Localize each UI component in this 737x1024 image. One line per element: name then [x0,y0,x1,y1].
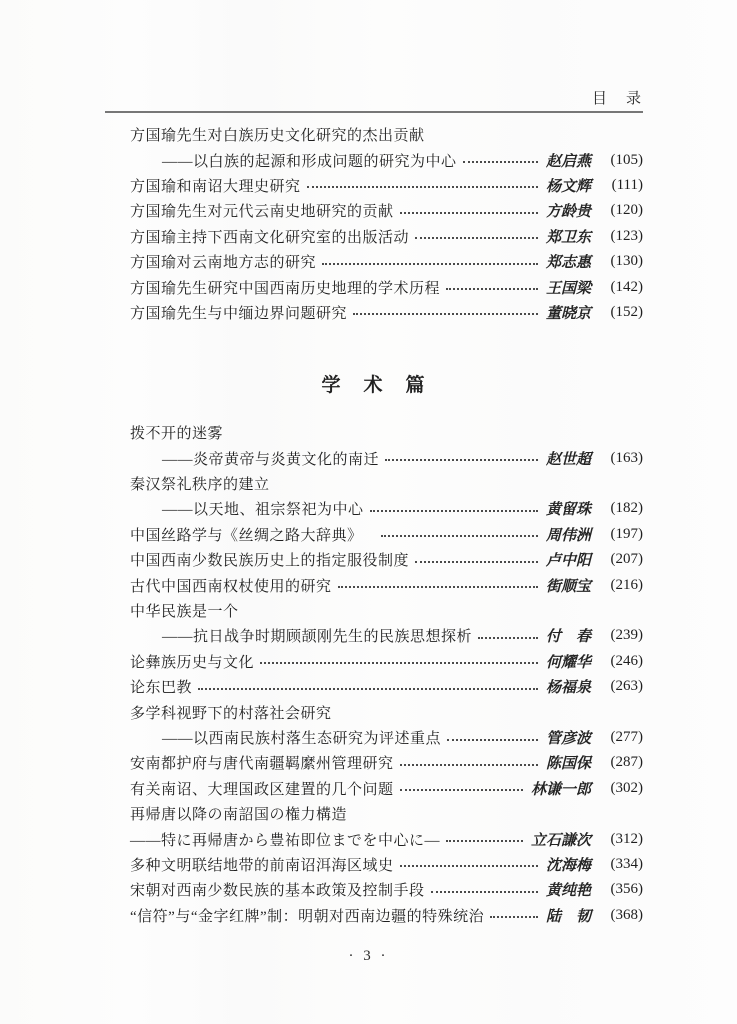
entry-title: ——以白族的起源和形成问题的研究为中心 [162,150,457,171]
header-rule [105,111,643,113]
entry-author: 管彦波 [546,727,591,748]
entry-author: 何耀华 [546,651,591,672]
entry-page: (105) [599,152,643,169]
dot-leader [415,237,538,239]
entry-page: (263) [599,678,643,695]
dot-leader [490,916,538,918]
entry-page: (182) [599,500,643,517]
entry-author: 沈海梅 [546,854,591,875]
entry-title: 方国瑜先生对白族历史文化研究的杰出贡献 [130,124,425,145]
toc-entry: ——以天地、祖宗祭祀为中心 黄留珠 (182) [105,496,643,521]
dot-leader [260,662,538,664]
entry-title: 方国瑜和南诏大理史研究 [130,175,301,196]
entry-author: 王国梁 [546,277,591,298]
toc-entry: 方国瑜先生与中缅边界问题研究 董晓京 (152) [105,300,643,325]
entry-title: 拨不开的迷雾 [130,422,223,443]
toc-entry: ——特に再帰唐から豊祐即位までを中心に— 立石謙次 (312) [105,826,643,851]
toc-entry: 方国瑜先生研究中国西南历史地理的学术历程 王国梁 (142) [105,274,643,299]
entry-title: 多种文明联结地带的前南诏洱海区域史 [130,854,394,875]
dot-leader [400,789,523,791]
toc-entry: ——炎帝黄帝与炎黄文化的南迁 赵世超 (163) [105,446,643,471]
entry-title: 秦汉祭礼秩序的建立 [130,473,270,494]
dot-leader [400,212,538,214]
entry-author: 林谦一郎 [531,778,591,799]
entry-author: 杨福泉 [546,676,591,697]
toc-entry: ——抗日战争时期顾颉刚先生的民族思想探析 付 春 (239) [105,623,643,648]
toc-entry: 有关南诏、大理国政区建置的几个问题 林谦一郎 (302) [105,776,643,801]
entry-title: 安南都护府与唐代南疆羁縻州管理研究 [130,752,394,773]
page-content: 目 录 方国瑜先生对白族历史文化研究的杰出贡献 ——以白族的起源和形成问题的研究… [105,90,643,928]
entry-title: 多学科视野下的村落社会研究 [130,702,332,723]
entry-page: (277) [599,729,643,746]
entry-title: 古代中国西南权杖使用的研究 [130,575,332,596]
toc-entry: 中华民族是一个 [105,598,643,623]
entry-author: 付 春 [546,625,591,646]
dot-leader [353,313,538,315]
toc-entry: 中国丝路学与《丝绸之路大辞典》 周伟洲 (197) [105,522,643,547]
entry-title: ——特に再帰唐から豊祐即位までを中心に— [130,829,440,850]
toc-entry: 方国瑜先生对白族历史文化研究的杰出贡献 [105,122,643,147]
toc-header-title: 目 录 [592,91,643,107]
dot-leader [385,459,538,461]
toc-header: 目 录 [105,90,643,108]
entry-author: 郑志惠 [546,251,591,272]
dot-leader [463,161,538,163]
entry-page: (239) [599,627,643,644]
toc-entry: 古代中国西南权杖使用的研究 街顺宝 (216) [105,572,643,597]
dot-leader [322,263,538,265]
page-number: · 3 · [0,948,737,965]
entry-author: 陈国保 [546,752,591,773]
entry-title: 方国瑜先生与中缅边界问题研究 [130,302,347,323]
entry-title: 中国西南少数民族历史上的指定服役制度 [130,549,409,570]
dot-leader [446,840,523,842]
entry-author: 陆 韧 [546,905,591,926]
entry-title: 有关南诏、大理国政区建置的几个问题 [130,778,394,799]
entry-page: (152) [599,304,643,321]
dot-leader [370,510,538,512]
entry-title: 中国丝路学与《丝绸之路大辞典》 [130,524,363,545]
entry-author: 方龄贵 [546,200,591,221]
dot-leader [307,186,538,188]
toc-entry: 方国瑜先生对元代云南史地研究的贡献 方龄贵 (120) [105,198,643,223]
entry-title: 方国瑜先生对元代云南史地研究的贡献 [130,200,394,221]
entry-title: “信符”与“金字红牌”制：明朝对西南边疆的特殊统治 [130,905,484,926]
dot-leader [198,688,538,690]
entry-author: 董晓京 [546,302,591,323]
entry-page: (130) [599,253,643,270]
entry-page: (197) [599,526,643,543]
entry-title: ——以西南民族村落生态研究为评述重点 [162,727,441,748]
toc-entry: 多学科视野下的村落社会研究 [105,699,643,724]
entry-title: ——炎帝黄帝与炎黄文化的南迁 [162,448,379,469]
entry-page: (111) [599,177,643,194]
toc-entry: 论彝族历史与文化 何耀华 (246) [105,649,643,674]
dot-leader [447,739,538,741]
toc-entry: 多种文明联结地带的前南诏洱海区域史 沈海梅 (334) [105,852,643,877]
entry-title: 宋朝对西南少数民族的基本政策及控制手段 [130,879,425,900]
entry-page: (287) [599,754,643,771]
entry-page: (123) [599,228,643,245]
entry-author: 黄留珠 [546,498,591,519]
toc-entry: 安南都护府与唐代南疆羁縻州管理研究 陈国保 (287) [105,750,643,775]
toc-section-front: 方国瑜先生对白族历史文化研究的杰出贡献 ——以白族的起源和形成问题的研究为中心 … [105,122,643,325]
dot-leader [446,288,538,290]
entry-author: 周伟洲 [546,524,591,545]
entry-page: (312) [599,831,643,848]
entry-author: 赵启燕 [546,150,591,171]
entry-title: 方国瑜先生研究中国西南历史地理的学术历程 [130,277,440,298]
toc-entry: ——以白族的起源和形成问题的研究为中心 赵启燕 (105) [105,147,643,172]
dot-leader [431,891,538,893]
entry-title: 方国瑜对云南地方志的研究 [130,251,316,272]
toc-entry: 中国西南少数民族历史上的指定服役制度 卢中阳 (207) [105,547,643,572]
entry-page: (368) [599,907,643,924]
entry-author: 卢中阳 [546,549,591,570]
entry-author: 郑卫东 [546,226,591,247]
dot-leader [400,865,538,867]
entry-title: 再帰唐以降の南詔国の権力構造 [130,803,347,824]
entry-author: 赵世超 [546,448,591,469]
toc-entry: “信符”与“金字红牌”制：明朝对西南边疆的特殊统治 陆 韧 (368) [105,903,643,928]
dot-leader [381,535,538,537]
entry-title: 论彝族历史与文化 [130,651,254,672]
entry-page: (246) [599,653,643,670]
toc-entry: 方国瑜和南诏大理史研究 杨文辉 (111) [105,173,643,198]
toc-entry: 宋朝对西南少数民族的基本政策及控制手段 黄纯艳 (356) [105,877,643,902]
entry-title: 中华民族是一个 [130,600,239,621]
dot-leader [415,561,538,563]
toc-entry: 拨不开的迷雾 [105,420,643,445]
entry-title: ——抗日战争时期顾颉刚先生的民族思想探析 [162,625,472,646]
entry-author: 黄纯艳 [546,879,591,900]
dot-leader [400,764,538,766]
entry-author: 立石謙次 [531,829,591,850]
toc-section-academic: 拨不开的迷雾 ——炎帝黄帝与炎黄文化的南迁 赵世超 (163) 秦汉祭礼秩序的建… [105,420,643,928]
toc-entry: 论东巴教 杨福泉 (263) [105,674,643,699]
entry-page: (334) [599,856,643,873]
entry-author: 街顺宝 [546,575,591,596]
entry-title: ——以天地、祖宗祭祀为中心 [162,498,364,519]
toc-entry: 秦汉祭礼秩序的建立 [105,471,643,496]
entry-page: (216) [599,577,643,594]
entry-page: (302) [599,780,643,797]
dot-leader [478,637,538,639]
entry-page: (207) [599,551,643,568]
section-heading-academic: 学 术 篇 [105,373,643,398]
entry-page: (120) [599,202,643,219]
toc-entry: ——以西南民族村落生态研究为评述重点 管彦波 (277) [105,725,643,750]
entry-page: (142) [599,279,643,296]
entry-title: 方国瑜主持下西南文化研究室的出版活动 [130,226,409,247]
toc-entry: 再帰唐以降の南詔国の権力構造 [105,801,643,826]
dot-leader [338,586,538,588]
toc-entry: 方国瑜对云南地方志的研究 郑志惠 (130) [105,249,643,274]
entry-page: (163) [599,450,643,467]
entry-author: 杨文辉 [546,175,591,196]
entry-title: 论东巴教 [130,676,192,697]
entry-page: (356) [599,881,643,898]
scanned-page: 目 录 方国瑜先生对白族历史文化研究的杰出贡献 ——以白族的起源和形成问题的研究… [0,0,737,1024]
toc-entry: 方国瑜主持下西南文化研究室的出版活动 郑卫东 (123) [105,224,643,249]
